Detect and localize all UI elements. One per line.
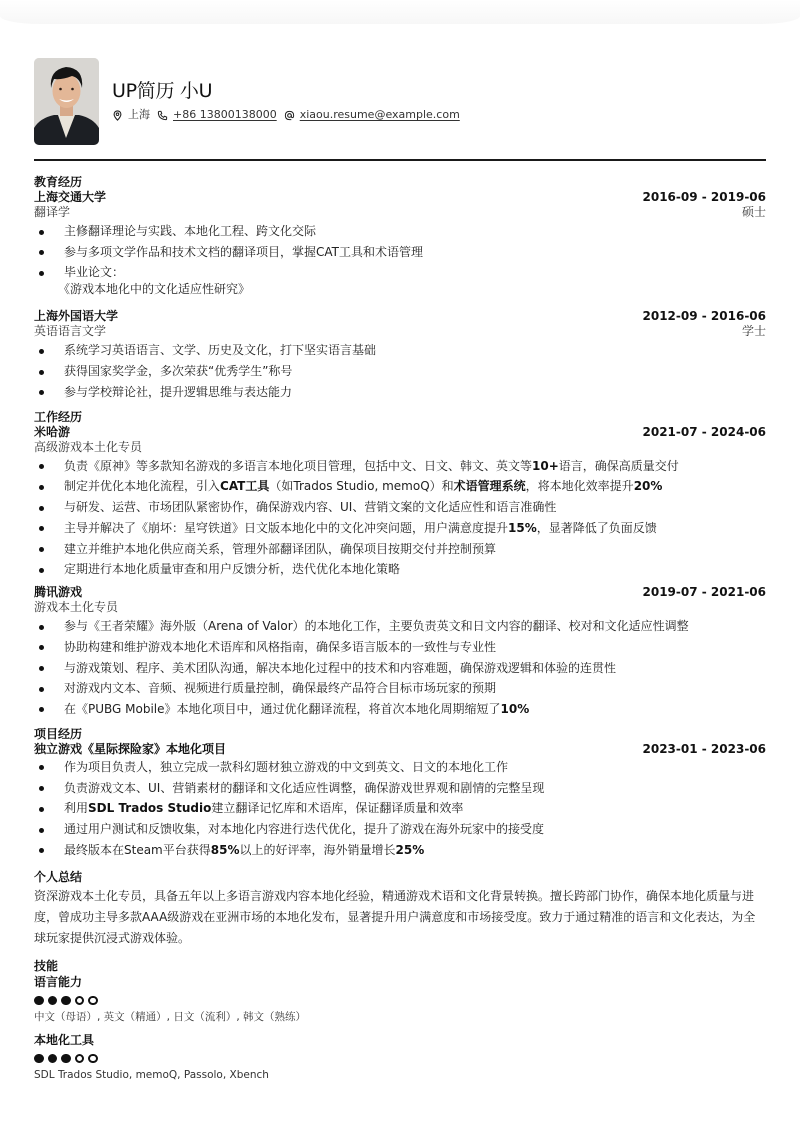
summary-section: 个人总结 资深游戏本土化专员，具备五年以上多语言游戏内容本地化经验，精通游戏术语… (34, 870, 766, 949)
degree: 学士 (742, 324, 766, 339)
top-band (0, 0, 800, 24)
bullet-item: 在《PUBG Mobile》本地化项目中，通过优化翻译流程，将首次本地化周期缩短… (34, 702, 766, 717)
section-title: 工作经历 (34, 410, 766, 425)
skill-level-rating (34, 996, 766, 1006)
bullet-item: 参与《王者荣耀》海外版（Arena of Valor）的本地化工作，主要负责英文… (34, 619, 766, 634)
company-name: 米哈游 (34, 425, 70, 440)
location-text: 上海 (128, 107, 150, 123)
bullet-item: 负责游戏文本、UI、营销素材的翻译和文化适应性调整，确保游戏世界观和剧情的完整呈… (34, 781, 766, 796)
bullet-item: 参与多项文学作品和技术文档的翻译项目，掌握CAT工具和术语管理 (34, 245, 766, 260)
bullet-item: 定期进行本地化质量审查和用户反馈分析，迭代优化本地化策略 (34, 562, 766, 577)
location-pin-icon (112, 110, 123, 121)
bullet-item: 通过用户测试和反馈收集，对本地化内容进行迭代优化，提升了游戏在海外玩家中的接受度 (34, 822, 766, 837)
contact-line: 上海 +86 13800138000 xiaou.resume@example.… (112, 107, 467, 123)
bullet-item: 对游戏内文本、音频、视频进行质量控制，确保最终产品符合目标市场玩家的预期 (34, 681, 766, 696)
bullet-item: 系统学习英语语言、文学、历史及文化，打下坚实语言基础 (34, 343, 766, 358)
job-role: 游戏本土化专员 (34, 600, 118, 615)
avatar (34, 58, 99, 145)
skill-detail: 中文（母语）, 英文（精通）, 日文（流利）, 韩文（熟练） (34, 1010, 766, 1024)
skill-item: 语言能力 中文（母语）, 英文（精通）, 日文（流利）, 韩文（熟练） (34, 975, 766, 1024)
skill-name: 本地化工具 (34, 1033, 766, 1048)
school-name: 上海交通大学 (34, 190, 106, 205)
degree: 硕士 (742, 205, 766, 220)
rating-dot-empty-icon (88, 1054, 98, 1064)
bullet-item: 协助构建和维护游戏本地化术语库和风格指南，确保多语言版本的一致性与专业性 (34, 640, 766, 655)
date-range: 2023-01 - 2023-06 (643, 742, 767, 757)
bullet-item: 制定并优化本地化流程，引入CAT工具（如Trados Studio, memoQ… (34, 479, 766, 494)
school-name: 上海外国语大学 (34, 309, 118, 324)
summary-text: 资深游戏本土化专员，具备五年以上多语言游戏内容本地化经验，精通游戏术语和文化背景… (34, 886, 766, 949)
education-entry: 上海外国语大学 2012-09 - 2016-06 英语语言文学 学士 系统学习… (34, 309, 766, 399)
bullet-item: 作为项目负责人，独立完成一款科幻题材独立游戏的中文到英文、日文的本地化工作 (34, 760, 766, 775)
rating-dot-filled-icon (34, 996, 44, 1006)
skill-item: 本地化工具 SDL Trados Studio, memoQ, Passolo,… (34, 1033, 766, 1082)
bullet-item: 与研发、运营、市场团队紧密协作，确保游戏内容、UI、营销文案的文化适应性和语言准… (34, 500, 766, 515)
avatar-photo-icon (34, 58, 99, 145)
section-title: 教育经历 (34, 175, 766, 190)
bullet-item: 最终版本在Steam平台获得85%以上的好评率，海外销量增长25% (34, 843, 766, 858)
bullet-item: 参与学校辩论社，提升逻辑思维与表达能力 (34, 385, 766, 400)
education-section: 教育经历 上海交通大学 2016-09 - 2019-06 翻译学 硕士 主修翻… (34, 175, 766, 400)
bullet-item: 主导并解决了《崩坏：星穹铁道》日文版本地化中的文化冲突问题，用户满意度提升15%… (34, 521, 766, 536)
email-at-icon (284, 110, 295, 121)
project-entry: 独立游戏《星际探险家》本地化项目 2023-01 - 2023-06 作为项目负… (34, 742, 766, 858)
bullet-item: 获得国家奖学金，多次荣获“优秀学生”称号 (34, 364, 766, 379)
rating-dot-empty-icon (75, 1054, 85, 1064)
projects-section: 项目经历 独立游戏《星际探险家》本地化项目 2023-01 - 2023-06 … (34, 727, 766, 858)
date-range: 2019-07 - 2021-06 (643, 585, 767, 600)
bullet-item: 主修翻译理论与实践、本地化工程、跨文化交际 (34, 224, 766, 239)
rating-dot-filled-icon (48, 996, 58, 1006)
major: 翻译学 (34, 205, 70, 220)
bullet-item: 利用SDL Trados Studio建立翻译记忆库和术语库，保证翻译质量和效率 (34, 801, 766, 816)
section-title: 技能 (34, 959, 766, 974)
bullet-item: 与游戏策划、程序、美术团队沟通，解决本地化过程中的技术和内容难题，确保游戏逻辑和… (34, 661, 766, 676)
rating-dot-empty-icon (75, 996, 85, 1006)
section-title: 项目经历 (34, 727, 766, 742)
bullet-item: 毕业论文：《游戏本地化中的文化适应性研究》 (34, 265, 766, 297)
section-title: 个人总结 (34, 870, 766, 885)
rating-dot-filled-icon (34, 1054, 44, 1064)
rating-dot-filled-icon (48, 1054, 58, 1064)
rating-dot-filled-icon (61, 1054, 71, 1064)
major: 英语语言文学 (34, 324, 106, 339)
resume-page: UP简历 小U 上海 +86 13800138000 (34, 58, 766, 1082)
work-entry: 腾讯游戏 2019-07 - 2021-06 游戏本土化专员 参与《王者荣耀》海… (34, 585, 766, 717)
candidate-name: UP简历 小U (112, 78, 467, 104)
job-role: 高级游戏本土化专员 (34, 440, 142, 455)
work-entry: 米哈游 2021-07 - 2024-06 高级游戏本土化专员 负责《原神》等多… (34, 425, 766, 577)
rating-dot-filled-icon (61, 996, 71, 1006)
phone-icon (157, 110, 168, 121)
education-entry: 上海交通大学 2016-09 - 2019-06 翻译学 硕士 主修翻译理论与实… (34, 190, 766, 297)
bullet-item: 负责《原神》等多款知名游戏的多语言本地化项目管理，包括中文、日文、韩文、英文等1… (34, 459, 766, 474)
bullet-item: 建立并维护本地化供应商关系，管理外部翻译团队，确保项目按期交付并控制预算 (34, 542, 766, 557)
date-range: 2012-09 - 2016-06 (643, 309, 767, 324)
work-section: 工作经历 米哈游 2021-07 - 2024-06 高级游戏本土化专员 负责《… (34, 410, 766, 717)
date-range: 2016-09 - 2019-06 (643, 190, 767, 205)
resume-header: UP简历 小U 上海 +86 13800138000 (34, 58, 766, 146)
header-divider (34, 159, 766, 161)
skill-detail: SDL Trados Studio, memoQ, Passolo, Xbenc… (34, 1068, 766, 1082)
email-link[interactable]: xiaou.resume@example.com (300, 107, 460, 123)
project-name: 独立游戏《星际探险家》本地化项目 (34, 742, 226, 757)
date-range: 2021-07 - 2024-06 (643, 425, 767, 440)
company-name: 腾讯游戏 (34, 585, 82, 600)
skill-level-rating (34, 1054, 766, 1064)
rating-dot-empty-icon (88, 996, 98, 1006)
skills-section: 技能 语言能力 中文（母语）, 英文（精通）, 日文（流利）, 韩文（熟练） 本… (34, 959, 766, 1082)
skill-name: 语言能力 (34, 975, 766, 990)
phone-link[interactable]: +86 13800138000 (173, 107, 277, 123)
